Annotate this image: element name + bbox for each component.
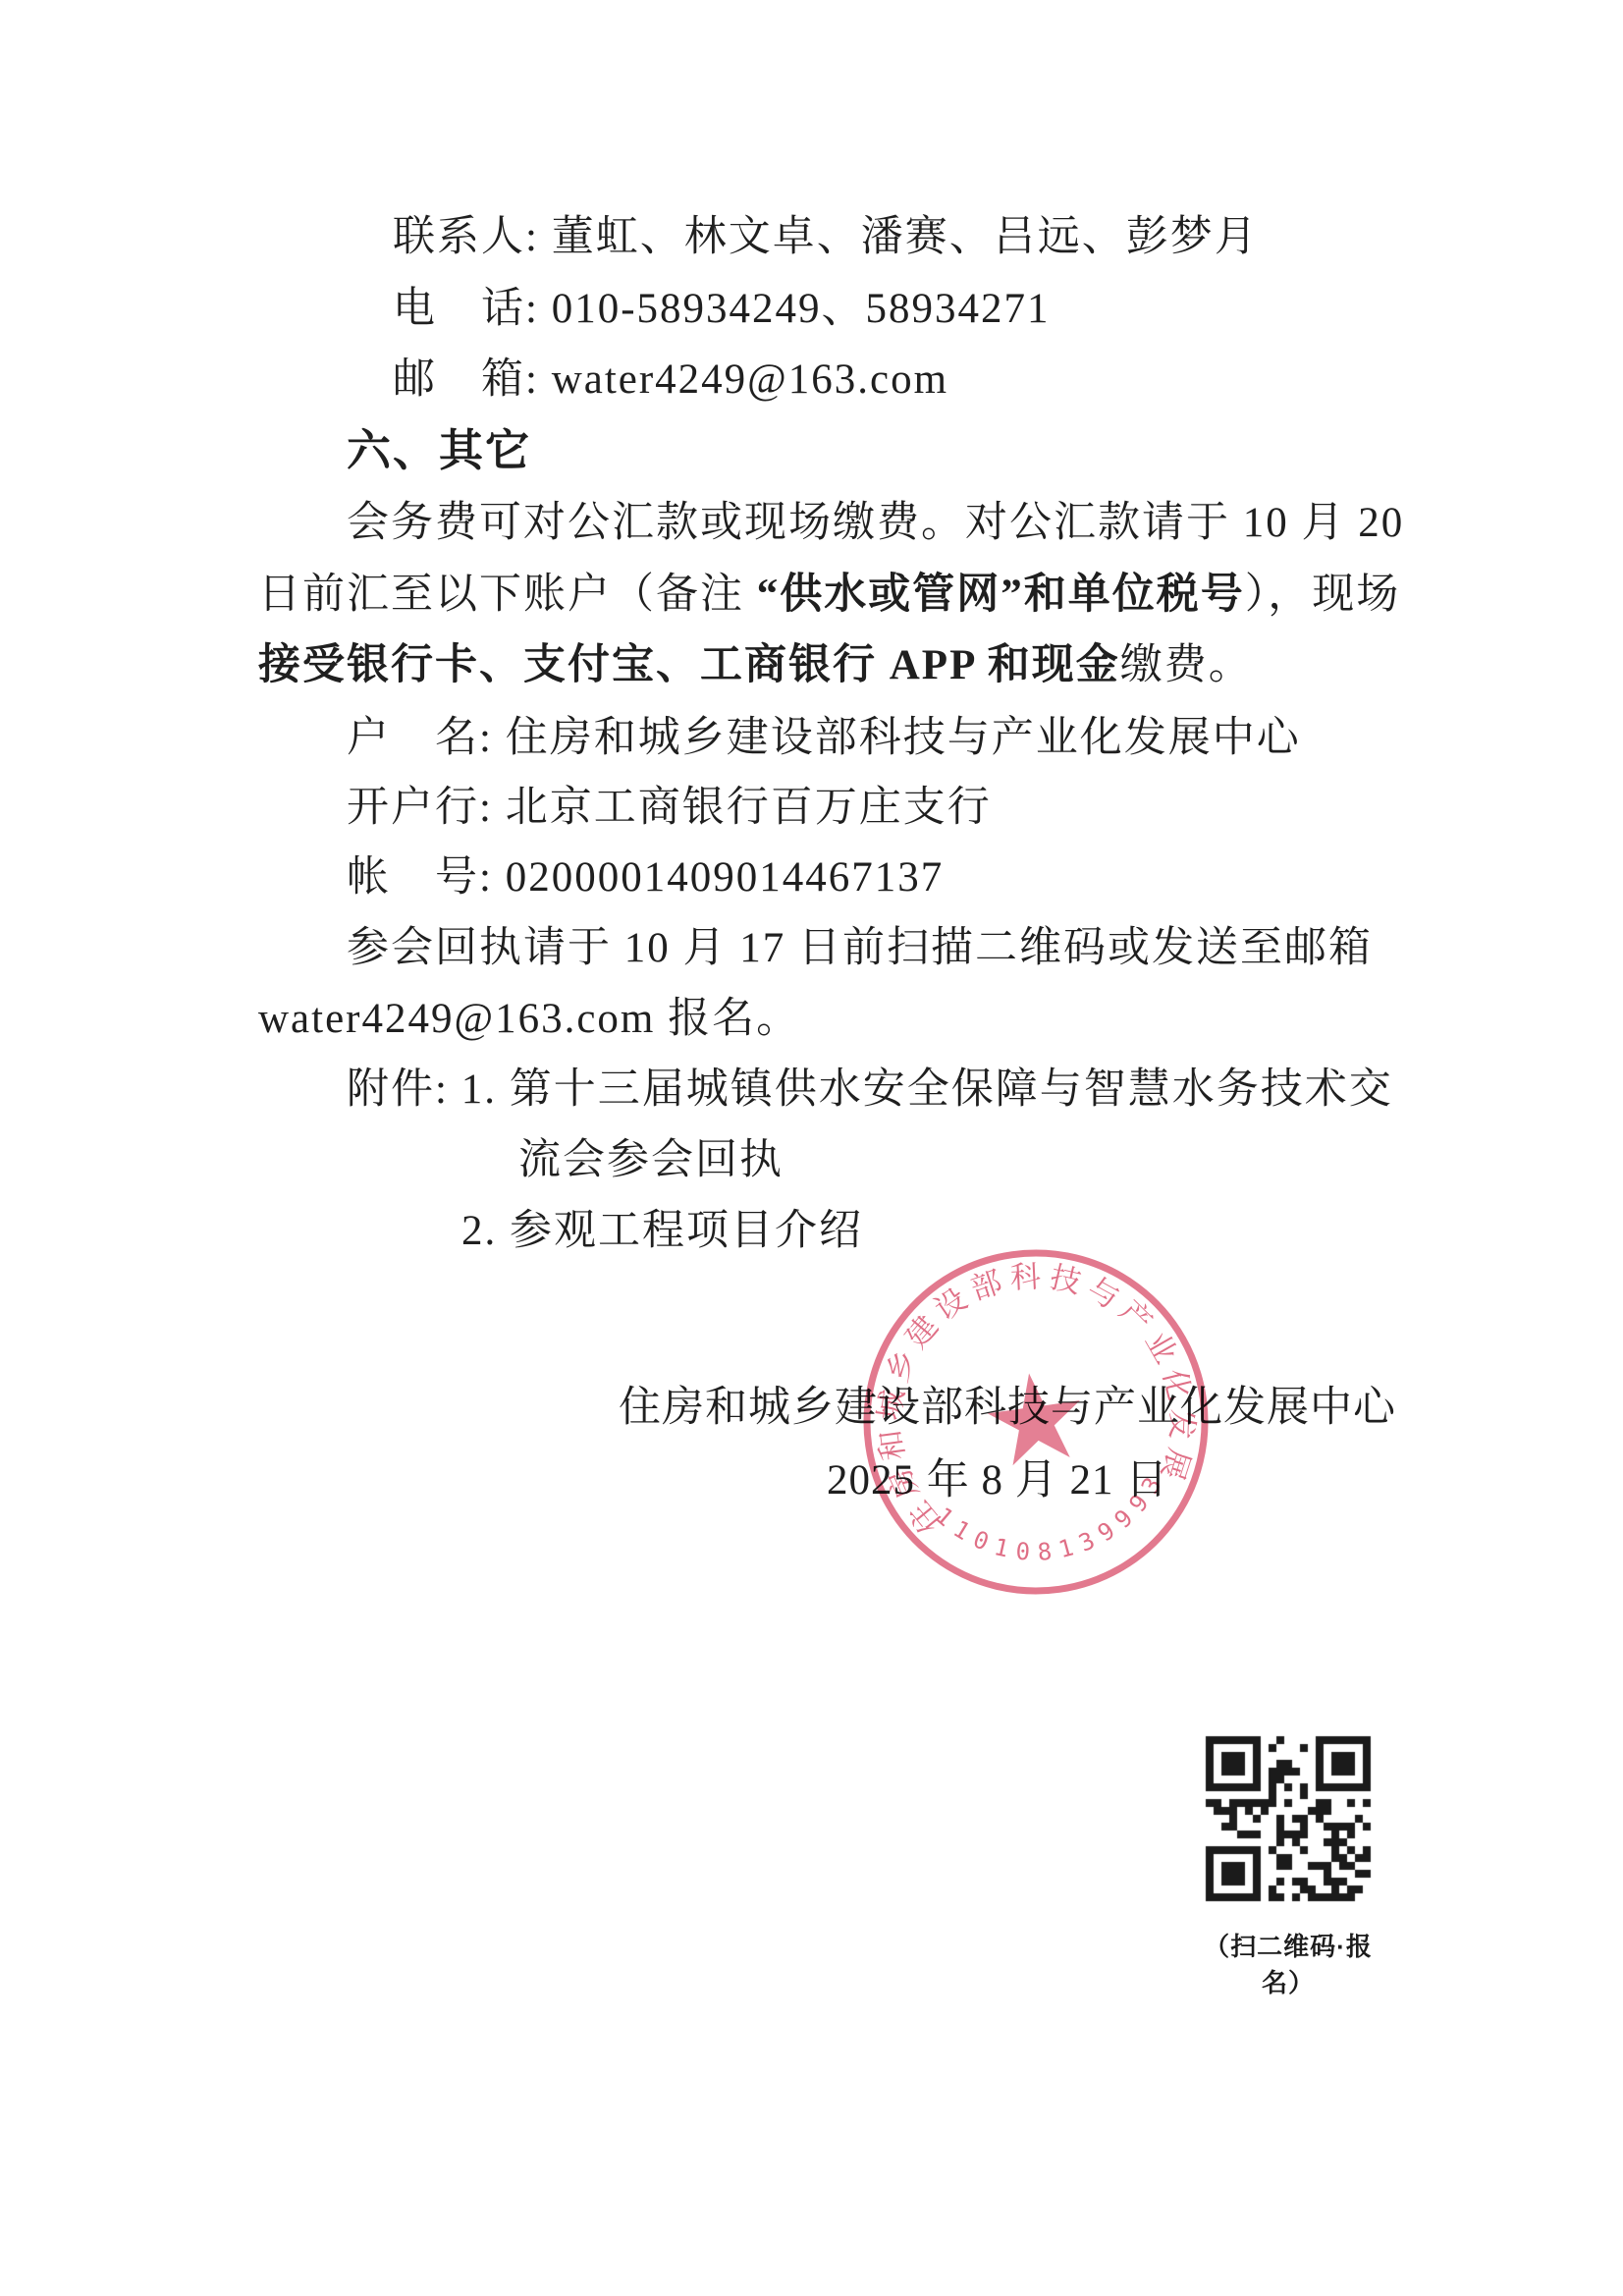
qr-caption: （扫二维码·报名） bbox=[1184, 1927, 1392, 1999]
attachment-line2: 流会参会回执 bbox=[518, 1139, 784, 1181]
section-six-title: 六、其它 bbox=[347, 429, 531, 473]
attachment-line3: 2. 参观工程项目介绍 bbox=[461, 1210, 863, 1252]
official-seal: 住房和城乡建设部科技与产业化发展中心 110108139993 bbox=[839, 1226, 1232, 1618]
para1-line2-post: ），现场 bbox=[1245, 572, 1401, 618]
attachment-line1: 附件: 1. 第十三届城镇供水安全保障与智慧水务技术交 bbox=[347, 1068, 1393, 1111]
qr-block bbox=[1196, 1726, 1380, 1916]
para2-line2: water4249@163.com 报名。 bbox=[258, 998, 800, 1040]
para1-line2-bold: “供水或管网”和单位税号 bbox=[757, 572, 1245, 618]
account-bank-line: 开户行: 北京工商银行百万庄支行 bbox=[347, 787, 992, 829]
para1-line2-pre: 日前汇至以下账户（备注 bbox=[258, 572, 757, 618]
document-page: 联系人: 董虹、林文卓、潘赛、吕远、彭梦月 电 话: 010-58934249、… bbox=[0, 0, 1623, 2296]
seal-serial-holder: 110108139993 bbox=[927, 1462, 1181, 1582]
account-name-line: 户 名: 住房和城乡建设部科技与产业化发展中心 bbox=[347, 717, 1301, 759]
seal-star-icon bbox=[983, 1367, 1088, 1468]
contact-person-line: 联系人: 董虹、林文卓、潘赛、吕远、彭梦月 bbox=[393, 216, 1259, 258]
contact-email-line: 邮 箱: water4249@163.com bbox=[393, 358, 948, 401]
para1-line3-bold: 接受银行卡、支付宝、工商银行 APP 和现金 bbox=[258, 642, 1120, 688]
para2-line1: 参会回执请于 10 月 17 日前扫描二维码或发送至邮箱 bbox=[347, 927, 1373, 969]
contact-phone-line: 电 话: 010-58934249、58934271 bbox=[393, 288, 1051, 330]
qr-code bbox=[1196, 1726, 1380, 1911]
account-number-line: 帐 号: 0200001409014467137 bbox=[347, 856, 944, 899]
para1-line1: 会务费可对公汇款或现场缴费。对公汇款请于 10 月 20 bbox=[347, 502, 1404, 544]
para1-line2: 日前汇至以下账户（备注 “供水或管网”和单位税号），现场 bbox=[258, 574, 1400, 616]
para1-line3: 接受银行卡、支付宝、工商银行 APP 和现金缴费。 bbox=[258, 644, 1253, 686]
seal-serial-number: 110108139993 bbox=[927, 1462, 1181, 1582]
para1-line3-post: 缴费。 bbox=[1120, 642, 1253, 688]
